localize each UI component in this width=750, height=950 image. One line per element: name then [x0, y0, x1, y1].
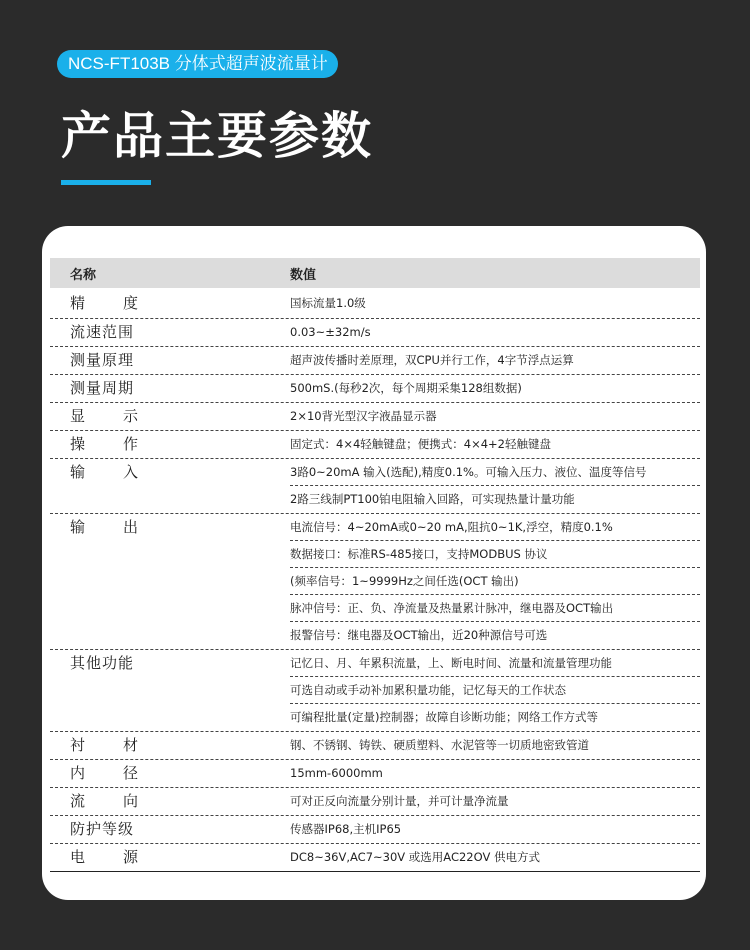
table-row: 衬材钢、不锈钢、铸铁、硬质塑料、水泥管等一切质地密致管道 — [50, 732, 700, 760]
row-values: 电流信号：4~20mA或0~20 mA,阻抗0~1K,浮空，精度0.1%数据接口… — [290, 514, 700, 649]
table-row: 流速范围0.03~±32m/s — [50, 319, 700, 347]
row-values: 可对正反向流量分别计量，并可计量净流量 — [290, 788, 700, 815]
row-label-text: 径 — [123, 764, 138, 782]
row-label-text: 操 — [70, 435, 85, 453]
row-label-text: 输 — [70, 463, 85, 481]
table-row: 精度国标流量1.0级 — [50, 288, 700, 319]
table-row: 其他功能记忆日、月、年累积流量，上、断电时间、流量和流量管理功能可选自动或手动补… — [50, 650, 700, 732]
page-title: 产品主要参数 — [61, 106, 373, 166]
row-label: 内径 — [50, 760, 290, 787]
row-label: 衬材 — [50, 732, 290, 759]
table-row: 操作固定式：4×4轻触键盘；便携式：4×4+2轻触键盘 — [50, 431, 700, 459]
row-values: 超声波传播时差原理，双CPU并行工作，4字节浮点运算 — [290, 347, 700, 374]
row-value: 15mm-6000mm — [290, 760, 700, 787]
row-value: 固定式：4×4轻触键盘；便携式：4×4+2轻触键盘 — [290, 431, 700, 458]
row-label-text: 源 — [123, 848, 138, 866]
table-row: 显示2×10背光型汉字液晶显示器 — [50, 403, 700, 431]
row-values: 传感器IP68,主机IP65 — [290, 816, 700, 843]
row-values: 固定式：4×4轻触键盘；便携式：4×4+2轻触键盘 — [290, 431, 700, 458]
row-values: 500mS.(每秒2次，每个周期采集128组数据) — [290, 375, 700, 402]
row-value: 脉冲信号：正、负、净流量及热量累计脉冲，继电器及OCT输出 — [290, 595, 700, 622]
row-values: 3路0~20mA 输入(选配),精度0.1%。可输入压力、液位、温度等信号2路三… — [290, 459, 700, 513]
row-label-text: 出 — [123, 518, 138, 536]
spec-table: 名称 数值 精度国标流量1.0级流速范围0.03~±32m/s测量原理超声波传播… — [50, 258, 700, 872]
row-label-text: 入 — [123, 463, 138, 481]
row-label-text: 流速范围 — [70, 323, 134, 341]
table-row: 内径15mm-6000mm — [50, 760, 700, 788]
column-header-name: 名称 — [50, 264, 290, 283]
row-label: 防护等级 — [50, 816, 290, 843]
row-label-text: 显 — [70, 407, 85, 425]
row-value: 记忆日、月、年累积流量，上、断电时间、流量和流量管理功能 — [290, 650, 700, 677]
row-value: 3路0~20mA 输入(选配),精度0.1%。可输入压力、液位、温度等信号 — [290, 459, 700, 486]
spec-card: 名称 数值 精度国标流量1.0级流速范围0.03~±32m/s测量原理超声波传播… — [42, 226, 706, 900]
row-label-text: 流 — [70, 792, 85, 810]
row-value: 2×10背光型汉字液晶显示器 — [290, 403, 700, 430]
row-label-text: 其他功能 — [70, 654, 134, 672]
row-label-text: 测量周期 — [70, 379, 134, 397]
row-label-text: 测量原理 — [70, 351, 134, 369]
table-row: 测量原理超声波传播时差原理，双CPU并行工作，4字节浮点运算 — [50, 347, 700, 375]
product-badge: NCS-FT103B 分体式超声波流量计 — [57, 50, 338, 78]
row-label: 输入 — [50, 459, 290, 513]
row-label: 流速范围 — [50, 319, 290, 346]
row-values: 15mm-6000mm — [290, 760, 700, 787]
row-label-text: 电 — [70, 848, 85, 866]
table-row: 电源DC8~36V,AC7~30V 或选用AC22OV 供电方式 — [50, 844, 700, 872]
row-value: 可对正反向流量分别计量，并可计量净流量 — [290, 788, 700, 815]
row-value: 钢、不锈钢、铸铁、硬质塑料、水泥管等一切质地密致管道 — [290, 732, 700, 759]
table-row: 测量周期500mS.(每秒2次，每个周期采集128组数据) — [50, 375, 700, 403]
table-row: 输出电流信号：4~20mA或0~20 mA,阻抗0~1K,浮空，精度0.1%数据… — [50, 514, 700, 650]
row-value: 可编程批量(定量)控制器；故障自诊断功能；网络工作方式等 — [290, 704, 700, 731]
row-value: 超声波传播时差原理，双CPU并行工作，4字节浮点运算 — [290, 347, 700, 374]
table-row: 防护等级传感器IP68,主机IP65 — [50, 816, 700, 844]
table-body: 精度国标流量1.0级流速范围0.03~±32m/s测量原理超声波传播时差原理，双… — [50, 288, 700, 872]
row-label-text: 衬 — [70, 736, 85, 754]
row-label: 显示 — [50, 403, 290, 430]
table-row: 流向可对正反向流量分别计量，并可计量净流量 — [50, 788, 700, 816]
row-values: 0.03~±32m/s — [290, 319, 700, 346]
row-label: 其他功能 — [50, 650, 290, 731]
row-label: 精度 — [50, 288, 290, 318]
row-label-text: 材 — [123, 736, 138, 754]
row-label: 测量原理 — [50, 347, 290, 374]
row-label-text: 向 — [123, 792, 138, 810]
row-value: 0.03~±32m/s — [290, 319, 700, 346]
row-value: 国标流量1.0级 — [290, 288, 700, 318]
row-value: 传感器IP68,主机IP65 — [290, 816, 700, 843]
row-label: 流向 — [50, 788, 290, 815]
column-header-value: 数值 — [290, 264, 316, 283]
row-values: 国标流量1.0级 — [290, 288, 700, 318]
row-value: 电流信号：4~20mA或0~20 mA,阻抗0~1K,浮空，精度0.1% — [290, 514, 700, 541]
row-label-text: 防护等级 — [70, 820, 134, 838]
row-value: 可选自动或手动补加累积量功能，记忆每天的工作状态 — [290, 677, 700, 704]
row-values: DC8~36V,AC7~30V 或选用AC22OV 供电方式 — [290, 844, 700, 871]
row-label-text: 作 — [123, 435, 138, 453]
row-value: (频率信号：1~9999Hz之间任选(OCT 输出) — [290, 568, 700, 595]
row-label-text: 输 — [70, 518, 85, 536]
row-label-text: 精 — [70, 294, 85, 312]
row-value: 数据接口：标准RS-485接口，支持MODBUS 协议 — [290, 541, 700, 568]
row-value: 500mS.(每秒2次，每个周期采集128组数据) — [290, 375, 700, 402]
row-value: DC8~36V,AC7~30V 或选用AC22OV 供电方式 — [290, 844, 700, 871]
table-row: 输入3路0~20mA 输入(选配),精度0.1%。可输入压力、液位、温度等信号2… — [50, 459, 700, 514]
row-label-text: 度 — [123, 294, 138, 312]
title-underline — [61, 180, 151, 185]
row-label: 电源 — [50, 844, 290, 871]
row-value: 报警信号：继电器及OCT输出，近20种源信号可选 — [290, 622, 700, 649]
table-header: 名称 数值 — [50, 258, 700, 288]
row-label: 测量周期 — [50, 375, 290, 402]
row-label-text: 内 — [70, 764, 85, 782]
row-values: 记忆日、月、年累积流量，上、断电时间、流量和流量管理功能可选自动或手动补加累积量… — [290, 650, 700, 731]
row-values: 钢、不锈钢、铸铁、硬质塑料、水泥管等一切质地密致管道 — [290, 732, 700, 759]
row-values: 2×10背光型汉字液晶显示器 — [290, 403, 700, 430]
row-value: 2路三线制PT100铂电阻输入回路，可实现热量计量功能 — [290, 486, 700, 513]
row-label: 操作 — [50, 431, 290, 458]
row-label: 输出 — [50, 514, 290, 649]
row-label-text: 示 — [123, 407, 138, 425]
